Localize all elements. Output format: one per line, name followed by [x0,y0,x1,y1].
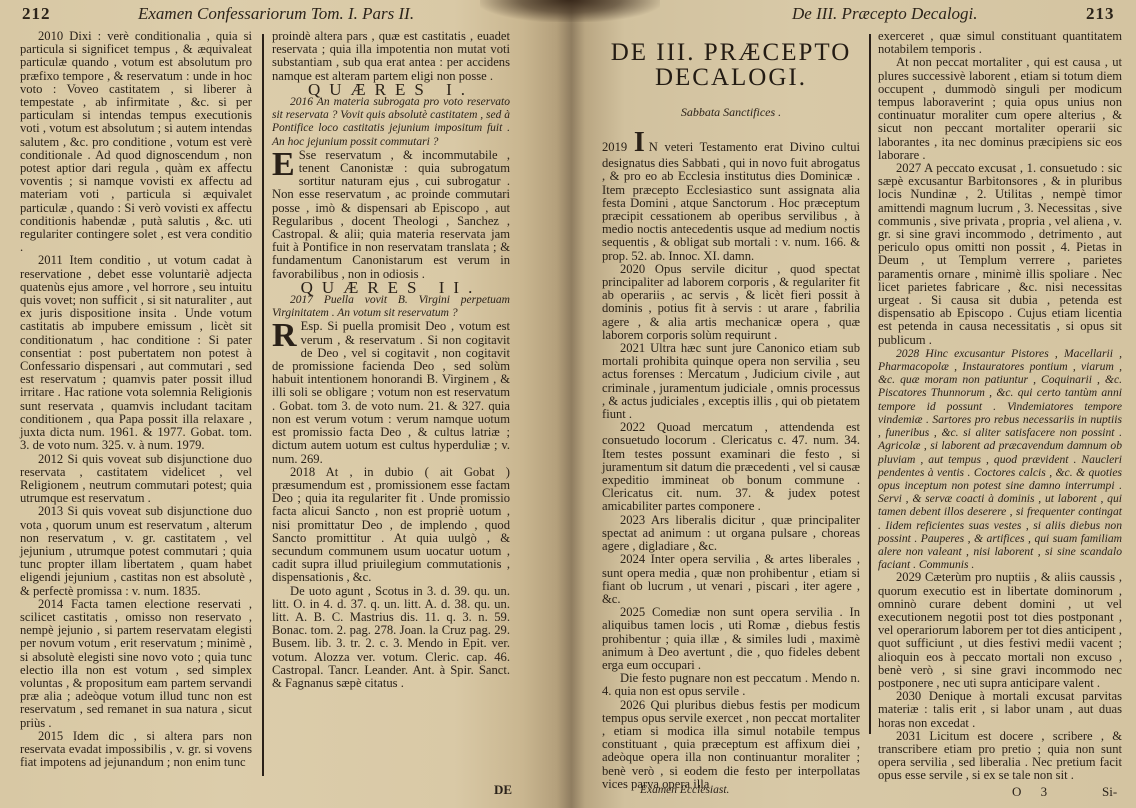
quaeres-1-heading: QUÆRES I. [272,83,510,96]
paragraph-2014: 2014 Facta tamen electione reservati , s… [20,598,252,730]
chapter-title-line-2: DECALOGI. [602,65,860,90]
dropcap-e: E [272,151,295,179]
paragraph-2015-continued: proindè altera pars , quæ est castitatis… [272,30,510,83]
paragraph-2012: 2012 Si quis voveat sub disjunctione duo… [20,453,252,506]
paragraph-2028: 2028 Hinc excusantur Pistores , Macellar… [878,347,1122,571]
left-column-1: 2010 Dixi : verè conditionalia , quia si… [20,30,252,769]
paragraph-2026-continued: exerceret , quæ simul constituant quanti… [878,30,1122,56]
paragraph-2019: 2019 IN veteri Testamento erat Divino cu… [602,129,860,263]
paragraph-2030: 2030 Denique à mortali excusat parvitas … [878,690,1122,730]
paragraph-2011: 2011 Item conditio , ut votum cadat à re… [20,254,252,452]
book-spread: 212 Examen Confessariorum Tom. I. Pars I… [0,0,1136,808]
paragraph-2025b: Die festo pugnare non est peccatum . Men… [602,672,860,698]
quaeres-2-answer: REsp. Si puella promisit Deo , votum est… [272,320,510,465]
quaeres-1-question: 2016 An materia subrogata pro voto reser… [272,96,510,149]
right-page: De III. Præcepto Decalogi. 213 DE III. P… [566,0,1136,808]
paragraph-2015: 2015 Idem dic , si altera pars non reser… [20,730,252,770]
dropcap-i: I [634,127,645,158]
quaeres-2-heading: QUÆRES II. [272,281,510,294]
paragraph-2018: 2018 At , in dubio ( ait Gobat ) præsume… [272,466,510,585]
signature-mark: O 3 [1012,784,1055,800]
chapter-subtitle: Sabbata Sanctifices . [602,106,860,119]
quaeres-1-answer: ESse reservatum , & incommutabile , tene… [272,149,510,281]
column-rule-left [262,34,264,776]
paragraph-at-non-peccat: At non peccat mortaliter , qui est causa… [878,56,1122,162]
paragraph-2026: 2026 Qui pluribus diebus festis per modi… [602,699,860,791]
running-head-right: De III. Præcepto Decalogi. [792,4,978,24]
paragraph-2023: 2023 Ars liberalis dicitur , quæ princip… [602,514,860,554]
paragraph-2031: 2031 Licitum est docere , scribere , & t… [878,730,1122,783]
paragraph-2025: 2025 Comediæ non sunt opera servilia . I… [602,606,860,672]
paragraph-2024: 2024 Inter opera servilia , & artes libe… [602,553,860,606]
paragraph-2021: 2021 Ultra hæc sunt jure Canonico etiam … [602,342,860,421]
page-number-left: 212 [22,4,51,24]
page-number-right: 213 [1086,4,1115,24]
right-column-2: exerceret , quæ simul constituant quanti… [878,30,1122,783]
dropcap-r: R [272,322,297,350]
catchword-right: Si- [1102,784,1117,800]
chapter-title-line-1: DE III. PRÆCEPTO [602,40,860,65]
paragraph-2013: 2013 Si quis voveat sub disjunctione duo… [20,505,252,597]
paragraph-2022: 2022 Quoad mercatum , attendenda est con… [602,421,860,513]
column-rule-right [869,34,871,734]
paragraph-2010: 2010 Dixi : verè conditionalia , quia si… [20,30,252,254]
left-column-2: proindè altera pars , quæ est castitatis… [272,30,510,690]
left-page: 212 Examen Confessariorum Tom. I. Pars I… [0,0,560,808]
right-column-1: DE III. PRÆCEPTO DECALOGI. Sabbata Sanct… [602,30,860,791]
paragraph-2027: 2027 A peccato excusat , 1. consuetudo :… [878,162,1122,347]
paragraph-2029: 2029 Cæterùm pro nuptiis , & aliis causs… [878,571,1122,690]
running-head-left: Examen Confessariorum Tom. I. Pars II. [138,4,414,24]
catchword-left: DE [494,782,512,798]
references-paragraph: De uoto agunt , Scotus in 3. d. 39. qu. … [272,585,510,691]
signature-title: Examen Ecclesiast. [640,784,729,796]
quaeres-2-question: 2017 Puella vovit B. Virgini perpetuam V… [272,294,510,320]
paragraph-2020: 2020 Opus servile dicitur , quod spectat… [602,263,860,342]
